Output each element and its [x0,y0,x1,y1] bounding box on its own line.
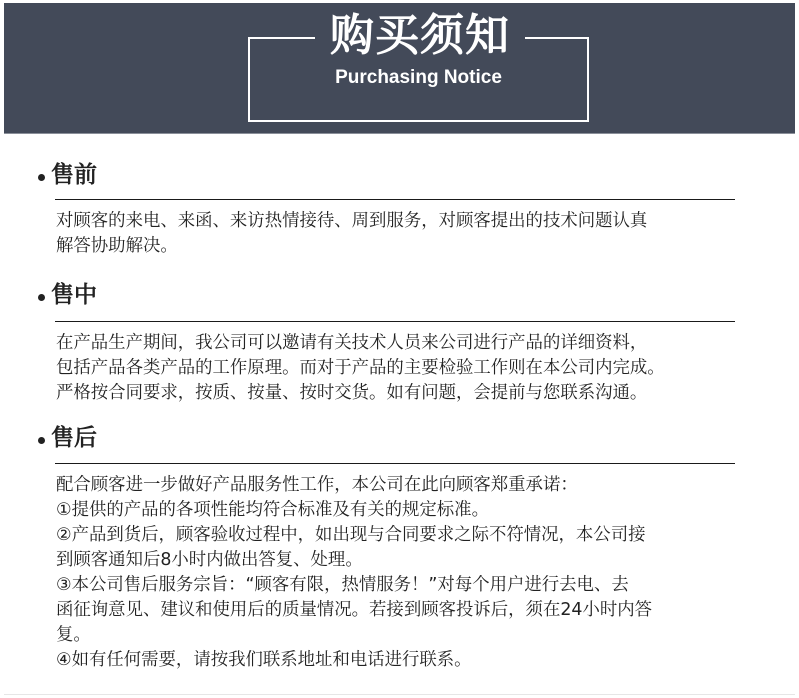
body-line: 在产品生产期间，我公司可以邀请有关技术人员来公司进行产品的详细资料， [56,331,756,356]
body-line: 解答协助解决。 [56,234,756,259]
header-banner: 购买须知 Purchasing Notice [4,3,795,134]
heading-text: 售前 [51,158,97,192]
section-heading-after-sale: 售后 [38,421,97,455]
section-heading-in-sale: 售中 [38,278,97,312]
bullet-icon [38,294,45,301]
divider [55,463,735,464]
body-line: 对顾客的来电、来函、来访热情接待、周到服务，对顾客提出的技术问题认真 [56,209,756,234]
bullet-icon [38,174,45,181]
body-line: 包括产品各类产品的工作原理。而对于产品的主要检验工作则在本公司内完成。 [56,356,756,381]
body-line: 配合顾客进一步做好产品服务性工作，本公司在此向顾客郑重承诺： [56,473,756,498]
divider [55,199,735,200]
divider [55,321,735,322]
section-heading-pre-sale: 售前 [38,158,97,192]
banner-subtitle: Purchasing Notice [248,66,589,90]
body-line: ③本公司售后服务宗旨：“顾客有限，热情服务！”对每个用户进行去电、去 [56,573,756,598]
body-line: 到顾客通知后8小时内做出答复、处理。 [56,548,756,573]
body-line: ②产品到货后，顾客验收过程中，如出现与合同要求之际不符情况，本公司接 [56,523,756,548]
body-line: 函征询意见、建议和使用后的质量情况。若接到顾客投诉后，须在24小时内答 [56,598,756,623]
heading-text: 售后 [51,421,97,455]
banner-title: 购买须知 [315,9,525,63]
section-body-after-sale: 配合顾客进一步做好产品服务性工作，本公司在此向顾客郑重承诺： ①提供的产品的各项… [56,473,756,673]
section-body-in-sale: 在产品生产期间，我公司可以邀请有关技术人员来公司进行产品的详细资料， 包括产品各… [56,331,756,406]
body-line: ④如有任何需要，请按我们联系地址和电话进行联系。 [56,648,756,673]
bottom-border [4,694,795,695]
body-line: 复。 [56,623,756,648]
heading-text: 售中 [51,278,97,312]
body-line: 严格按合同要求，按质、按量、按时交货。如有问题，会提前与您联系沟通。 [56,381,756,406]
section-body-pre-sale: 对顾客的来电、来函、来访热情接待、周到服务，对顾客提出的技术问题认真 解答协助解… [56,209,756,259]
body-line: ①提供的产品的各项性能均符合标准及有关的规定标准。 [56,498,756,523]
bullet-icon [38,437,45,444]
